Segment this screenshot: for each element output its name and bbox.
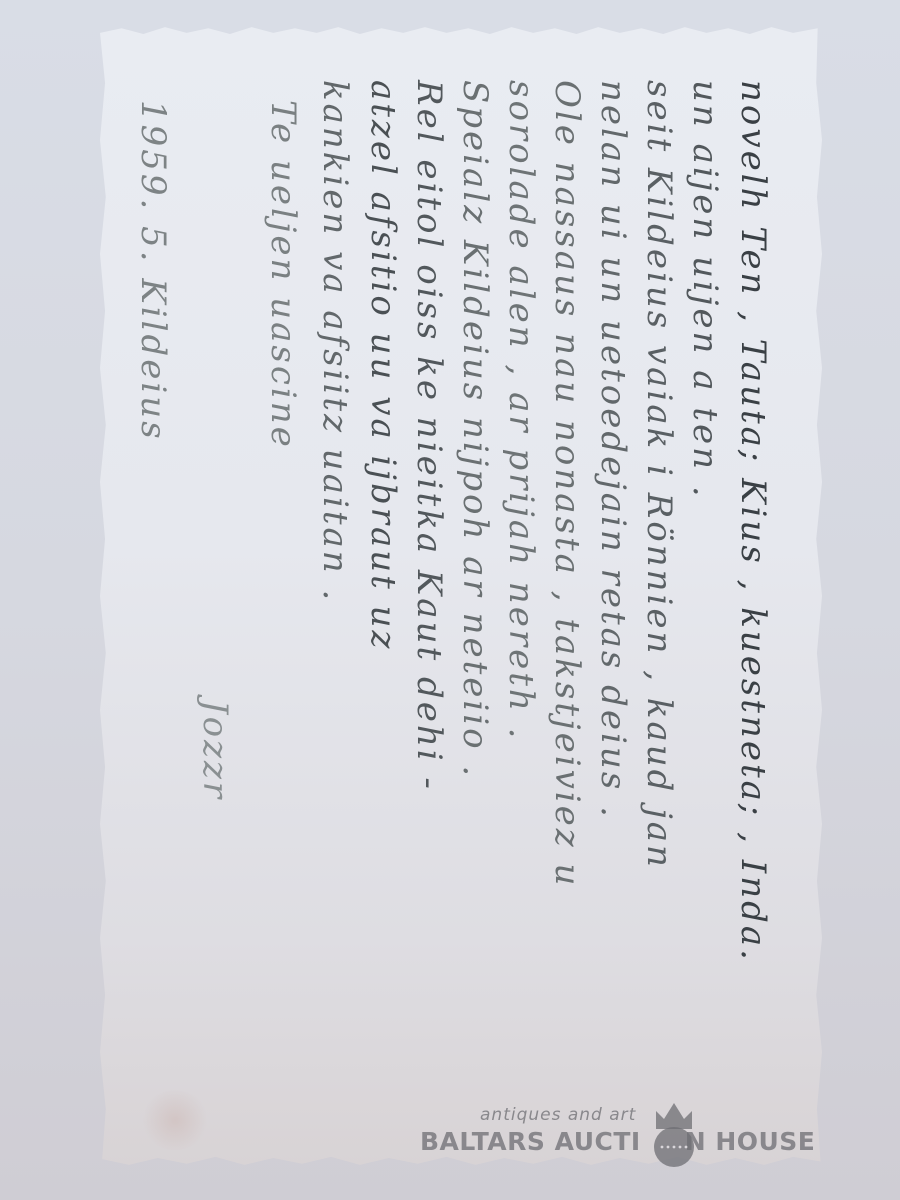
handwritten-line: Te ueljen uascine bbox=[266, 100, 300, 450]
paper-stain bbox=[140, 1090, 210, 1150]
handwritten-line: nelan ui un uetoedejain retas deius . bbox=[596, 80, 630, 820]
handwritten-line: Jozzr bbox=[198, 700, 232, 801]
handwritten-line: Speialz Kildeius nijpoh ar neteiio . bbox=[458, 80, 492, 779]
handwritten-line: Ole nassaus nau nonasta , takstjeiviez u bbox=[550, 80, 584, 888]
handwritten-line: atzel afsitio uu va ijbraut uz bbox=[366, 80, 400, 651]
handwritten-line: novelh Ten , Tauta; Kius , kuestneta; , … bbox=[736, 80, 770, 963]
handwritten-line: Rel eitol oiss ke nieitka Kaut dehi - bbox=[412, 80, 446, 792]
handwritten-line: sorolade alen , ar prijah nereth . bbox=[504, 80, 538, 741]
handwritten-line: seit Kildeius vaiak i Rönnien , kaud jan bbox=[642, 80, 676, 870]
handwritten-line: kankien va afsiitz uaitan . bbox=[318, 80, 352, 603]
handwritten-line: 1959. 5. Kildeius bbox=[136, 100, 170, 442]
handwritten-line: un aijen uijen a ten . bbox=[688, 80, 722, 500]
